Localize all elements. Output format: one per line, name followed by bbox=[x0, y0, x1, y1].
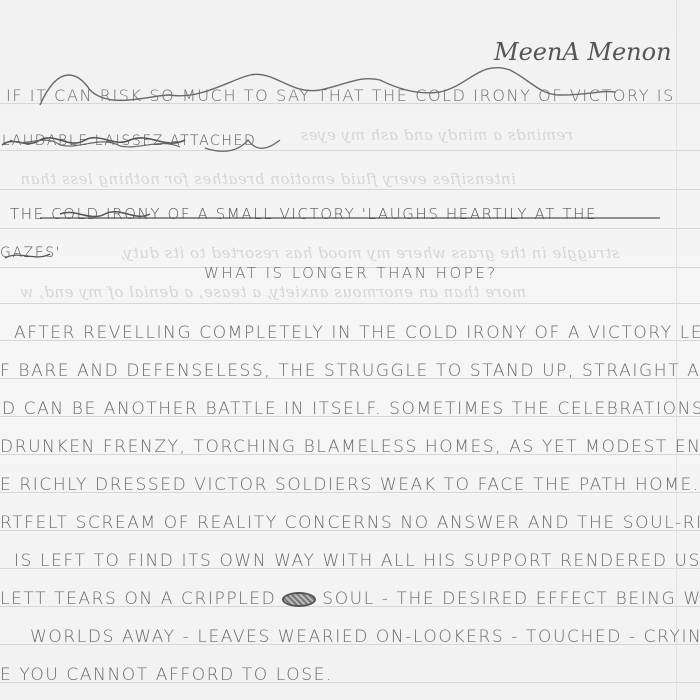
crossed-out-line: gazes' bbox=[0, 245, 61, 261]
ruled-line bbox=[0, 150, 700, 151]
body-line: D CAN BE ANOTHER BATTLE IN ITSELF. SOMET… bbox=[2, 399, 700, 419]
crossed-out-line: THE cold irony of a small victory 'laugh… bbox=[10, 205, 597, 223]
body-line: DRUNKEN FRENZY, TORCHING BLAMELESS HOMES… bbox=[0, 437, 700, 457]
bleed-through-text: reminds a mindy and ash my eyes bbox=[300, 126, 573, 144]
essay-heading: WHAT IS LONGER THAN HOPE? bbox=[204, 264, 498, 282]
crossed-out-line: laudable laissez attached bbox=[2, 133, 256, 149]
body-line: RTFELT SCREAM OF REALITY CONCERNS NO ANS… bbox=[0, 513, 700, 533]
bleed-through-text: intensifies every fluid emotion breathes… bbox=[20, 170, 516, 188]
scribbled-out-word bbox=[282, 592, 316, 607]
body-line: E YOU CANNOT AFFORD TO LOSE. bbox=[0, 665, 333, 685]
author-signature: MeenA Menon bbox=[494, 38, 672, 66]
body-line: AFTER REVELLING COMPLETELY IN THE COLD I… bbox=[14, 323, 700, 343]
bleed-through-text: struggle in the grass where my mood has … bbox=[120, 244, 619, 262]
ruled-line bbox=[0, 189, 700, 190]
ruled-line bbox=[0, 303, 700, 304]
crossed-out-line: if it can risk so much to say that the c… bbox=[6, 86, 675, 105]
body-line-part: LETT TEARS ON A CRIPPLED bbox=[0, 589, 276, 609]
body-line: LETT TEARS ON A CRIPPLEDSOUL - THE DESIR… bbox=[0, 589, 700, 609]
body-line: F BARE AND DEFENSELESS, THE STRUGGLE TO … bbox=[0, 361, 700, 381]
ruled-line bbox=[0, 228, 700, 229]
bleed-through-text: more than an enormous anxiety, a tease, … bbox=[20, 283, 526, 301]
body-line-part: SOUL - THE DESIRED EFFECT BEING WORLD bbox=[322, 589, 700, 609]
body-line: E RICHLY DRESSED VICTOR SOLDIERS WEAK TO… bbox=[0, 475, 700, 495]
body-line: WORLDS AWAY - LEAVES WEARIED ON-LOOKERS … bbox=[30, 627, 700, 647]
body-line: IS LEFT TO FIND ITS OWN WAY WITH ALL HIS… bbox=[14, 551, 700, 571]
